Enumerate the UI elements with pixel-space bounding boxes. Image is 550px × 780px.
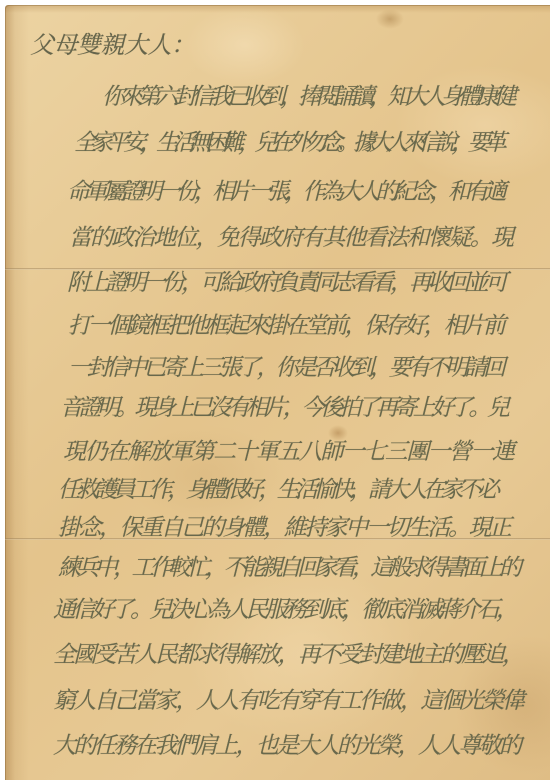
letter-line: 練兵中，工作較忙，不能親自回家看，這般求得書面上的 bbox=[58, 554, 517, 582]
letter-line: 一封信中已寄上三張了，你是否收到，要有不明請回 bbox=[68, 354, 502, 382]
letter-line: 音證明。現身上已沒有相片，今後拍了再寄上好了。兒 bbox=[60, 394, 506, 422]
letter-line: 任救護員工作，身體很好，生活愉快，請大人在家不必 bbox=[58, 476, 495, 504]
letter-line: 現仍在解放軍第二十軍五八師一七三團一營一連 bbox=[63, 438, 513, 466]
letter-line: 你來第六封信我已收到，捧閱誦讀，知大人身體康健 bbox=[102, 83, 512, 111]
letter-line: 窮人自己當家，人人有吃有穿有工作做，這個光榮偉 bbox=[53, 687, 522, 715]
letter-line: 全家平安，生活無困難，兒在外勿念。據大人來信說，要革 bbox=[74, 129, 500, 157]
letter-line: 命軍屬證明一份，相片一張，作為大人的紀念，和有適 bbox=[67, 178, 502, 206]
salutation: 父母雙親大人： bbox=[30, 31, 195, 59]
letter-line: 附上證明一份，可給政府負責同志看看，再收回並可 bbox=[67, 269, 504, 297]
letter-line: 大的任務在我們肩上，也是大人的光榮，人人尊敬的 bbox=[53, 732, 519, 760]
letter-line: 全國受苦人民都求得解放，再不受封建地主的壓迫， bbox=[53, 641, 522, 669]
letter-line: 打一個鏡框把他框起來掛在堂前，保存好，相片前 bbox=[68, 312, 503, 340]
letter-line: 當的政治地位，免得政府有其他看法和懷疑。現 bbox=[69, 224, 512, 252]
letter-line: 掛念，保重自己的身體，維持家中一切生活。現正 bbox=[58, 514, 510, 542]
letter-line: 通信好了。兒決心為人民服務到底，徹底消滅蔣介石， bbox=[53, 596, 515, 624]
